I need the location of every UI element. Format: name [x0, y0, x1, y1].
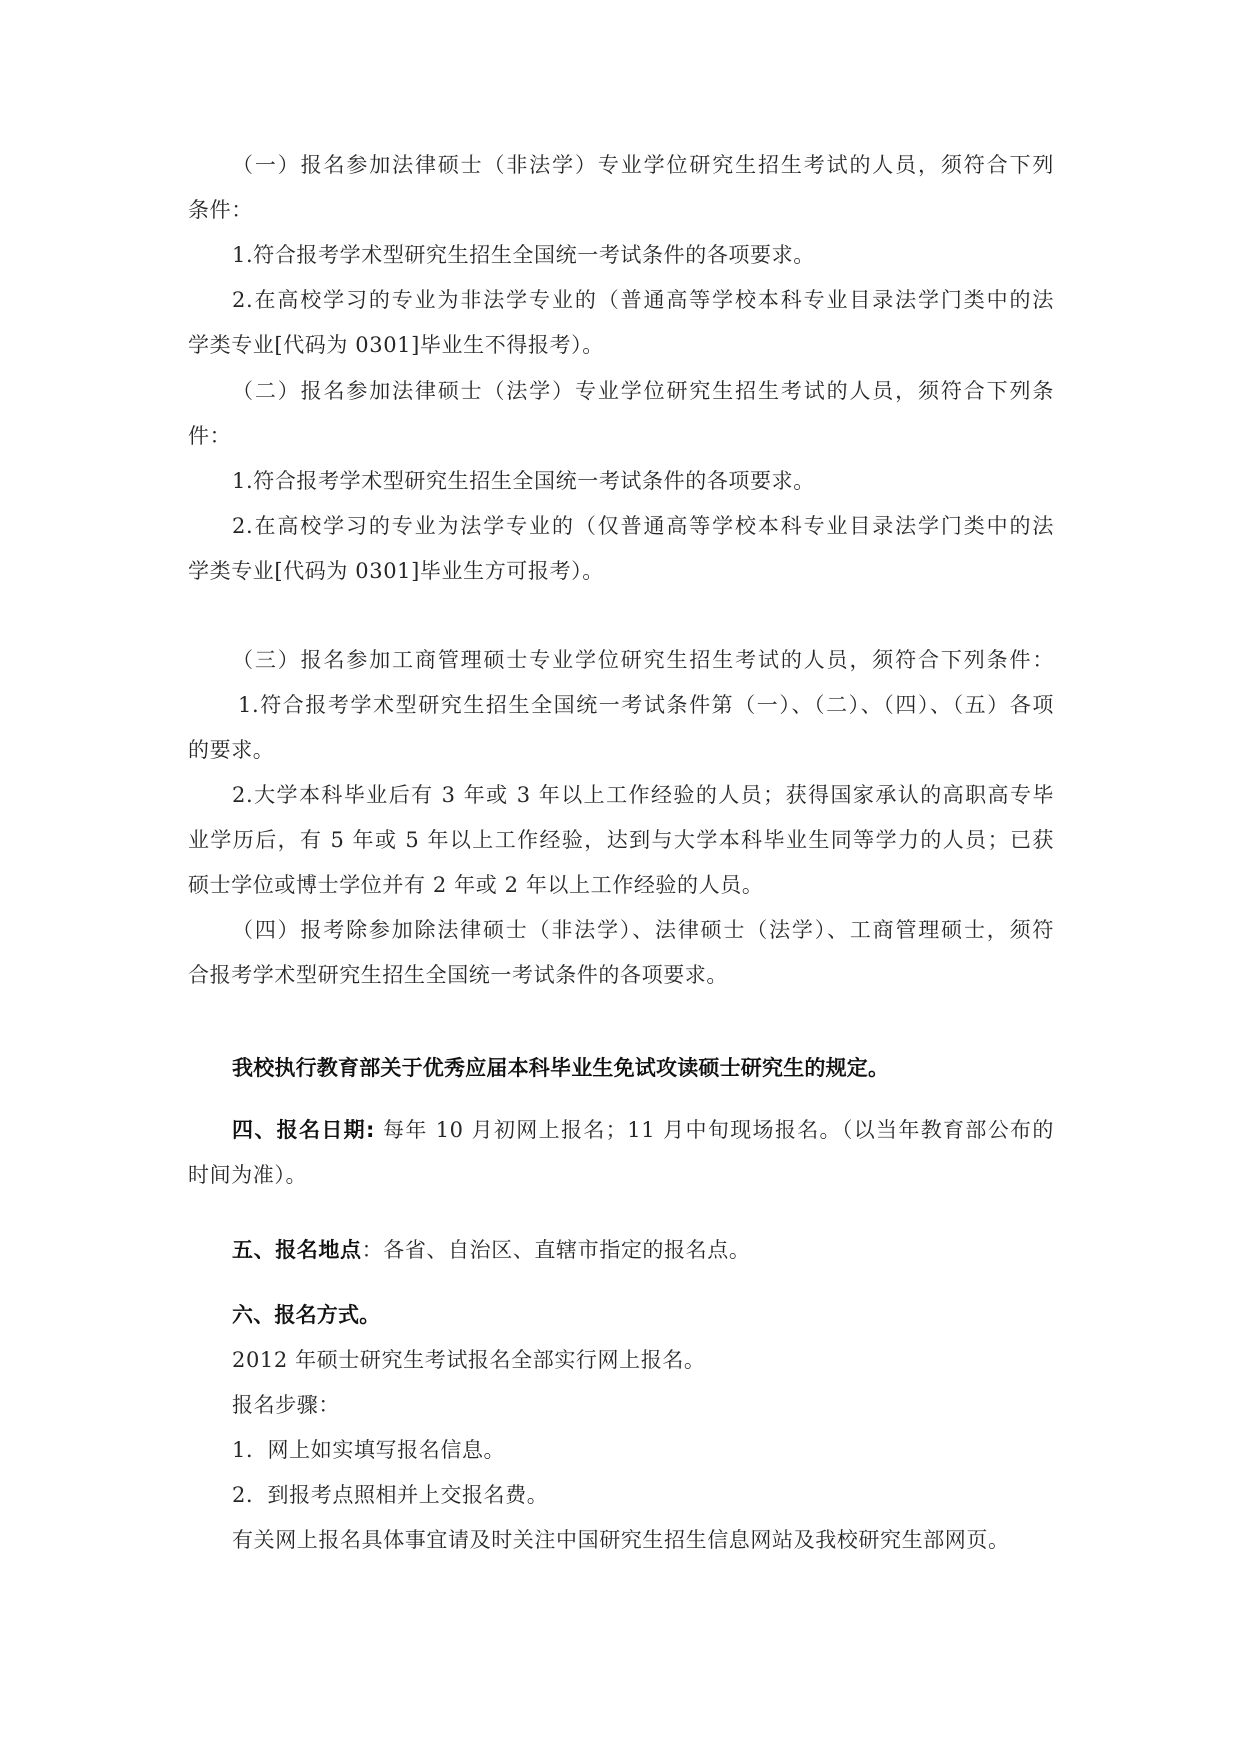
section-law-law-heading: （二）报名参加法律硕士（法学）专业学位研究生招生考试的人员，须符合下列条	[232, 376, 1054, 406]
exemption-note: 我校执行教育部关于优秀应届本科毕业生免试攻读硕士研究生的规定。	[232, 1053, 1054, 1083]
registration-location-text: 各省、自治区、直辖市指定的报名点。	[383, 1238, 750, 1262]
section-law-law-item-1: 1.符合报考学术型研究生招生全国统一考试条件的各项要求。	[232, 466, 1054, 496]
section-mba-heading: （三）报名参加工商管理硕士专业学位研究生招生考试的人员，须符合下列条件：	[232, 645, 1054, 675]
section-mba-item-2-cont-2: 硕士学位或博士学位并有 2 年或 2 年以上工作经验的人员。	[188, 870, 1054, 900]
section-mba-item-1: 1.符合报考学术型研究生招生全国统一考试条件第（一）、（二）、（四）、（五）各项	[238, 690, 1054, 720]
section-law-law-item-2: 2.在高校学习的专业为法学专业的（仅普通高等学校本科专业目录法学门类中的法	[232, 511, 1054, 541]
registration-method-intro: 2012 年硕士研究生考试报名全部实行网上报名。	[232, 1345, 1054, 1375]
section-mba-item-2-cont-1: 业学历后，有 5 年或 5 年以上工作经验，达到与大学本科毕业生同等学力的人员；…	[188, 825, 1054, 855]
registration-date-label: 四、报名日期	[232, 1118, 366, 1142]
registration-location-separator: ：	[362, 1238, 384, 1262]
section-law-nonlaw-item-1: 1.符合报考学术型研究生招生全国统一考试条件的各项要求。	[232, 240, 1054, 270]
registration-step-1: 1．网上如实填写报名信息。	[232, 1435, 1054, 1465]
document-page: （一）报名参加法律硕士（非法学）专业学位研究生招生考试的人员，须符合下列 条件：…	[0, 0, 1241, 1754]
registration-method-heading: 六、报名方式。	[232, 1300, 1054, 1330]
section-law-nonlaw-item-2-cont: 学类专业[代码为 0301]毕业生不得报考）。	[188, 330, 1054, 360]
section-law-nonlaw-item-2: 2.在高校学习的专业为非法学专业的（普通高等学校本科专业目录法学门类中的法	[232, 285, 1054, 315]
registration-steps-label: 报名步骤：	[232, 1390, 1054, 1420]
registration-date: 四、报名日期: 每年 10 月初网上报名；11 月中旬现场报名。（以当年教育部公…	[232, 1115, 1054, 1145]
registration-date-separator: :	[366, 1118, 375, 1142]
registration-date-text: 每年 10 月初网上报名；11 月中旬现场报名。（以当年教育部公布的	[375, 1118, 1054, 1142]
section-mba-item-2: 2.大学本科毕业后有 3 年或 3 年以上工作经验的人员；获得国家承认的高职高专…	[232, 780, 1054, 810]
section-law-nonlaw-heading: （一）报名参加法律硕士（非法学）专业学位研究生招生考试的人员，须符合下列	[232, 150, 1054, 180]
registration-location: 五、报名地点：各省、自治区、直辖市指定的报名点。	[232, 1235, 1054, 1265]
registration-location-label: 五、报名地点	[232, 1238, 362, 1262]
section-mba-item-1-cont: 的要求。	[188, 735, 1054, 765]
section-other-text: （四）报考除参加除法律硕士（非法学）、法律硕士（法学）、工商管理硕士，须符	[232, 915, 1054, 945]
section-law-law-heading-cont: 件：	[188, 421, 1054, 451]
section-law-nonlaw-heading-cont: 条件：	[188, 195, 1054, 225]
registration-footer-note: 有关网上报名具体事宜请及时关注中国研究生招生信息网站及我校研究生部网页。	[232, 1525, 1054, 1555]
section-other-text-cont: 合报考学术型研究生招生全国统一考试条件的各项要求。	[188, 960, 1054, 990]
section-law-law-item-2-cont: 学类专业[代码为 0301]毕业生方可报考）。	[188, 556, 1054, 586]
registration-step-2: 2．到报考点照相并上交报名费。	[232, 1480, 1054, 1510]
registration-date-cont: 时间为准）。	[188, 1160, 1054, 1190]
